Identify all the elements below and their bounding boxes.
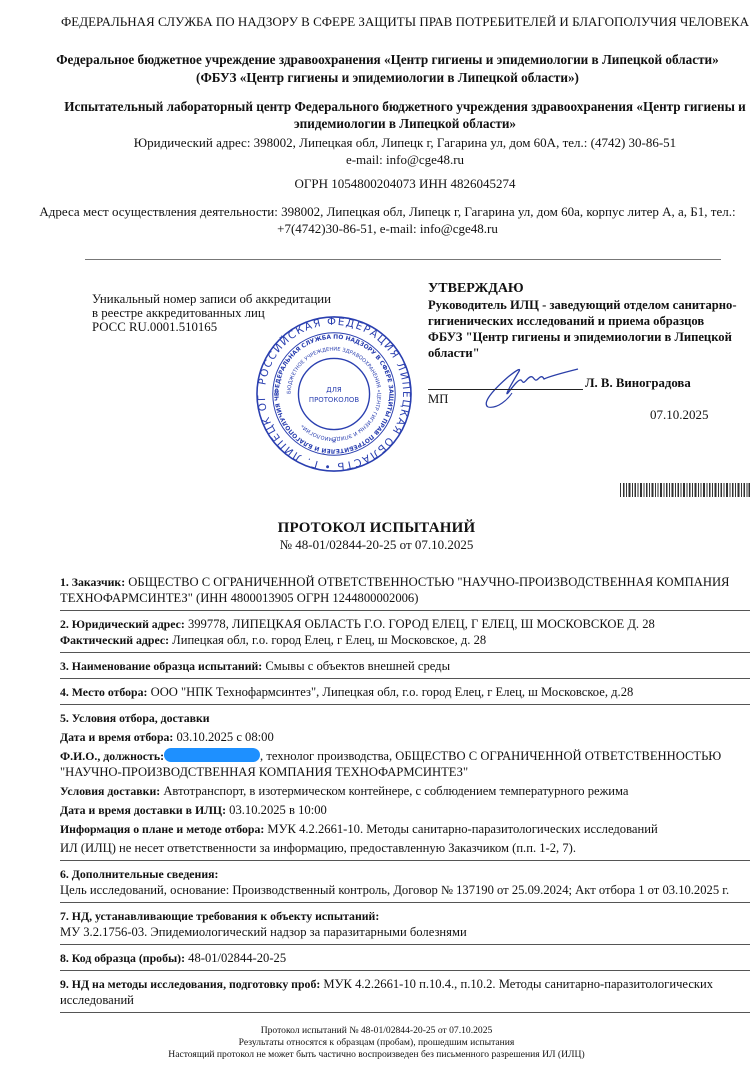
section-sampling-conditions: 5. Условия отбора, доставки Дата и время… xyxy=(60,705,750,861)
header-divider xyxy=(85,259,721,260)
protocol-title: ПРОТОКОЛ ИСПЫТАНИЙ xyxy=(0,519,753,537)
section-sample-code: 8. Код образца (пробы): 48-01/02844-20-2… xyxy=(60,945,750,971)
email: e-mail: info@cge48.ru xyxy=(60,151,750,168)
signature-icon xyxy=(478,363,588,411)
approval-position: Руководитель ИЛЦ - заведующий отделом са… xyxy=(428,297,738,361)
legal-address: Юридический адрес: 398002, Липецкая обл,… xyxy=(60,134,750,168)
lab-center-name: Испытательный лабораторный центр Федерал… xyxy=(60,98,750,132)
section-sample-name: 3. Наименование образца испытаний: Смывы… xyxy=(60,653,750,679)
section-customer: 1. Заказчик: ОБЩЕСТВО С ОГРАНИЧЕННОЙ ОТВ… xyxy=(60,574,750,611)
ogrn-inn: ОГРН 1054800204073 ИНН 4826045274 xyxy=(60,176,750,192)
signer-name: Л. В. Виноградова xyxy=(585,376,691,391)
approval-title: УТВЕРЖДАЮ xyxy=(428,280,738,297)
svg-text:ДЛЯ: ДЛЯ xyxy=(326,386,342,394)
barcode-icon xyxy=(620,483,750,497)
section-methods-docs: 9. НД на методы исследования, подготовку… xyxy=(60,971,750,1013)
section-sampling-place: 4. Место отбора: ООО "НПК Технофармсинте… xyxy=(60,679,750,705)
section-requirements-docs: 7. НД, устанавливающие требования к объе… xyxy=(60,903,750,945)
activity-address: Адреса мест осуществления деятельности: … xyxy=(22,203,753,237)
approval-date: 07.10.2025 xyxy=(650,407,709,423)
protocol-number: № 48-01/02844-20-25 от 07.10.2025 xyxy=(0,537,753,553)
section-additional-info: 6. Дополнительные сведения: Цель исследо… xyxy=(60,861,750,903)
signature-line xyxy=(428,389,583,390)
protocol-sections: 1. Заказчик: ОБЩЕСТВО С ОГРАНИЧЕННОЙ ОТВ… xyxy=(60,574,750,1013)
svg-text:*: * xyxy=(332,438,336,447)
approval-block: УТВЕРЖДАЮ Руководитель ИЛЦ - заведующий … xyxy=(428,280,738,361)
official-stamp-icon: РОССИЙСКАЯ ФЕДЕРАЦИЯ ЛИПЕЦКАЯ ОБЛАСТЬ • … xyxy=(255,315,413,473)
page-footer: Протокол испытаний № 48-01/02844-20-25 о… xyxy=(0,1025,753,1061)
section-address: 2. Юридический адрес: 399778, ЛИПЕЦКАЯ О… xyxy=(60,611,750,653)
disclaimer: ИЛ (ИЛЦ) не несет ответственности за инф… xyxy=(60,840,750,856)
institution-name: Федеральное бюджетное учреждение здравоо… xyxy=(22,51,753,87)
agency-name: ФЕДЕРАЛЬНАЯ СЛУЖБА ПО НАДЗОРУ В СФЕРЕ ЗА… xyxy=(60,14,750,30)
redacted-name xyxy=(164,748,260,762)
svg-text:ПРОТОКОЛОВ: ПРОТОКОЛОВ xyxy=(309,396,359,404)
seal-place-label: МП xyxy=(428,392,448,407)
